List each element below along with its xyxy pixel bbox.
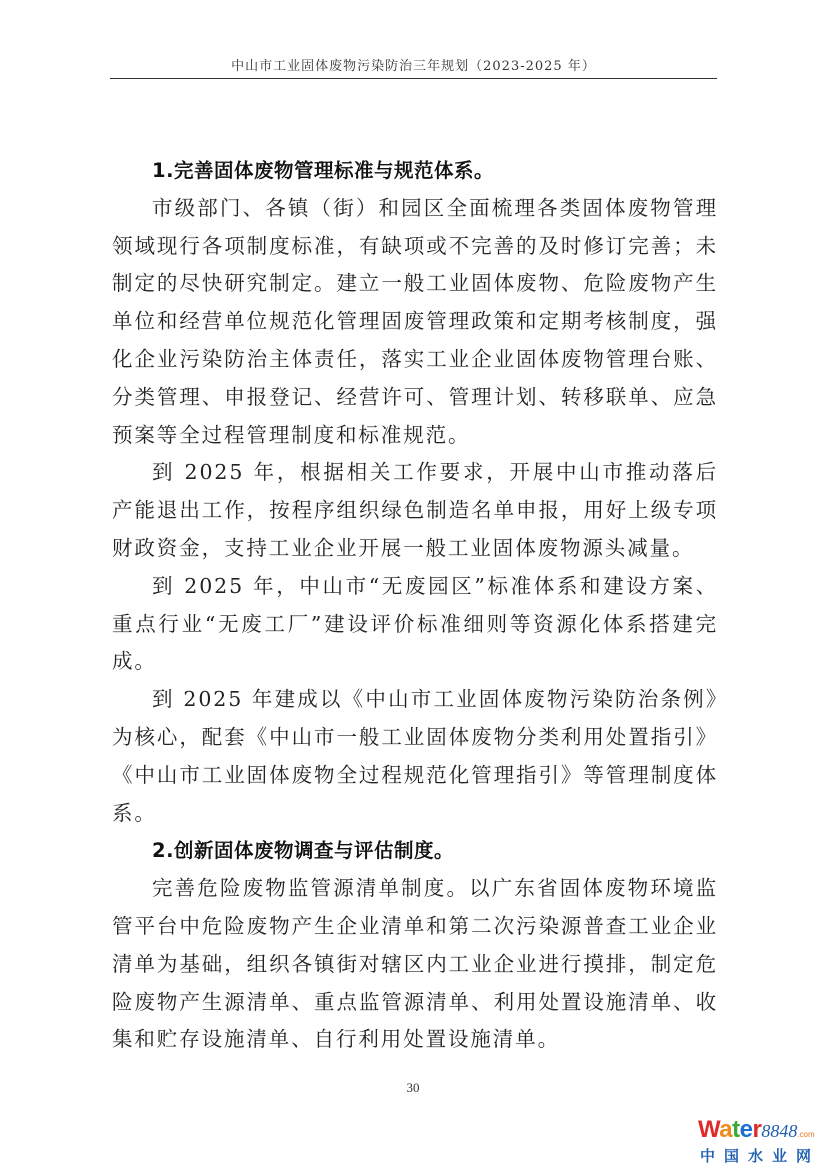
watermark-domain-suffix: .com bbox=[797, 1130, 814, 1139]
running-header-title: 中山市工业固体废物污染防治三年规划（2023-2025 年） bbox=[231, 59, 596, 74]
page-number: 30 bbox=[0, 1080, 826, 1096]
section-heading-2: 2.创新固体废物调查与评估制度。 bbox=[112, 832, 718, 870]
paragraph: 市级部门、各镇（街）和园区全面梳理各类固体废物管理领域现行各项制度标准，有缺项或… bbox=[112, 190, 718, 455]
watermark-brand: Water8848.com bbox=[698, 1118, 822, 1147]
watermark-logo: Water8848.com 中国水业网 bbox=[698, 1118, 822, 1162]
watermark-letter: r bbox=[752, 1116, 761, 1143]
paragraph: 到 2025 年建成以《中山市工业固体废物污染防治条例》为核心，配套《中山市一般… bbox=[112, 681, 718, 832]
watermark-letter: a bbox=[719, 1116, 732, 1143]
watermark-number: 8848 bbox=[761, 1121, 797, 1141]
section-heading-1: 1.完善固体废物管理标准与规范体系。 bbox=[112, 152, 718, 190]
document-body: 1.完善固体废物管理标准与规范体系。 市级部门、各镇（街）和园区全面梳理各类固体… bbox=[112, 152, 718, 1059]
watermark-letter: e bbox=[740, 1116, 753, 1143]
paragraph: 完善危险废物监管源清单制度。以广东省固体废物环境监管平台中危险废物产生企业清单和… bbox=[112, 870, 718, 1059]
watermark-letter: t bbox=[732, 1116, 740, 1143]
paragraph: 到 2025 年，根据相关工作要求，开展中山市推动落后产能退出工作，按程序组织绿… bbox=[112, 454, 718, 567]
paragraph: 到 2025 年，中山市“无废园区”标准体系和建设方案、重点行业“无废工厂”建设… bbox=[112, 568, 718, 681]
watermark-letter: W bbox=[698, 1116, 719, 1143]
watermark-chinese-name: 中国水业网 bbox=[698, 1147, 822, 1165]
running-header: 中山市工业固体废物污染防治三年规划（2023-2025 年） bbox=[110, 58, 717, 79]
